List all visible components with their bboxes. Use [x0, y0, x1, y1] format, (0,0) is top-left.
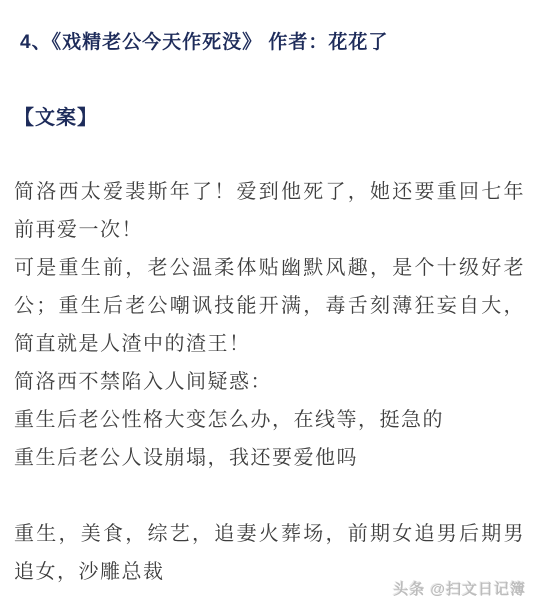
synopsis-paragraph: 简洛西不禁陷入人间疑惑： [14, 363, 525, 401]
synopsis-paragraph: 可是重生前，老公温柔体贴幽默风趣，是个十级好老公；重生后老公嘲讽技能开满，毒舌刻… [14, 249, 525, 363]
synopsis-body: 简洛西太爱裴斯年了！爱到他死了，她还要重回七年前再爱一次！ 可是重生前，老公温柔… [14, 173, 525, 477]
synopsis-paragraph: 重生后老公性格大变怎么办，在线等，挺急的 [14, 401, 525, 439]
synopsis-section-label: 【文案】 [14, 105, 525, 131]
synopsis-paragraph: 简洛西太爱裴斯年了！爱到他死了，她还要重回七年前再爱一次！ [14, 173, 525, 249]
book-title-and-author: 4、《戏精老公今天作死没》 作者：花花了 [14, 0, 525, 55]
watermark: 头条 @扫文日记簿 [393, 578, 526, 599]
book-recommendation-page: 4、《戏精老公今天作死没》 作者：花花了 【文案】 简洛西太爱裴斯年了！爱到他死… [0, 0, 539, 606]
synopsis-paragraph: 重生后老公人设崩塌，我还要爱他吗 [14, 439, 525, 477]
